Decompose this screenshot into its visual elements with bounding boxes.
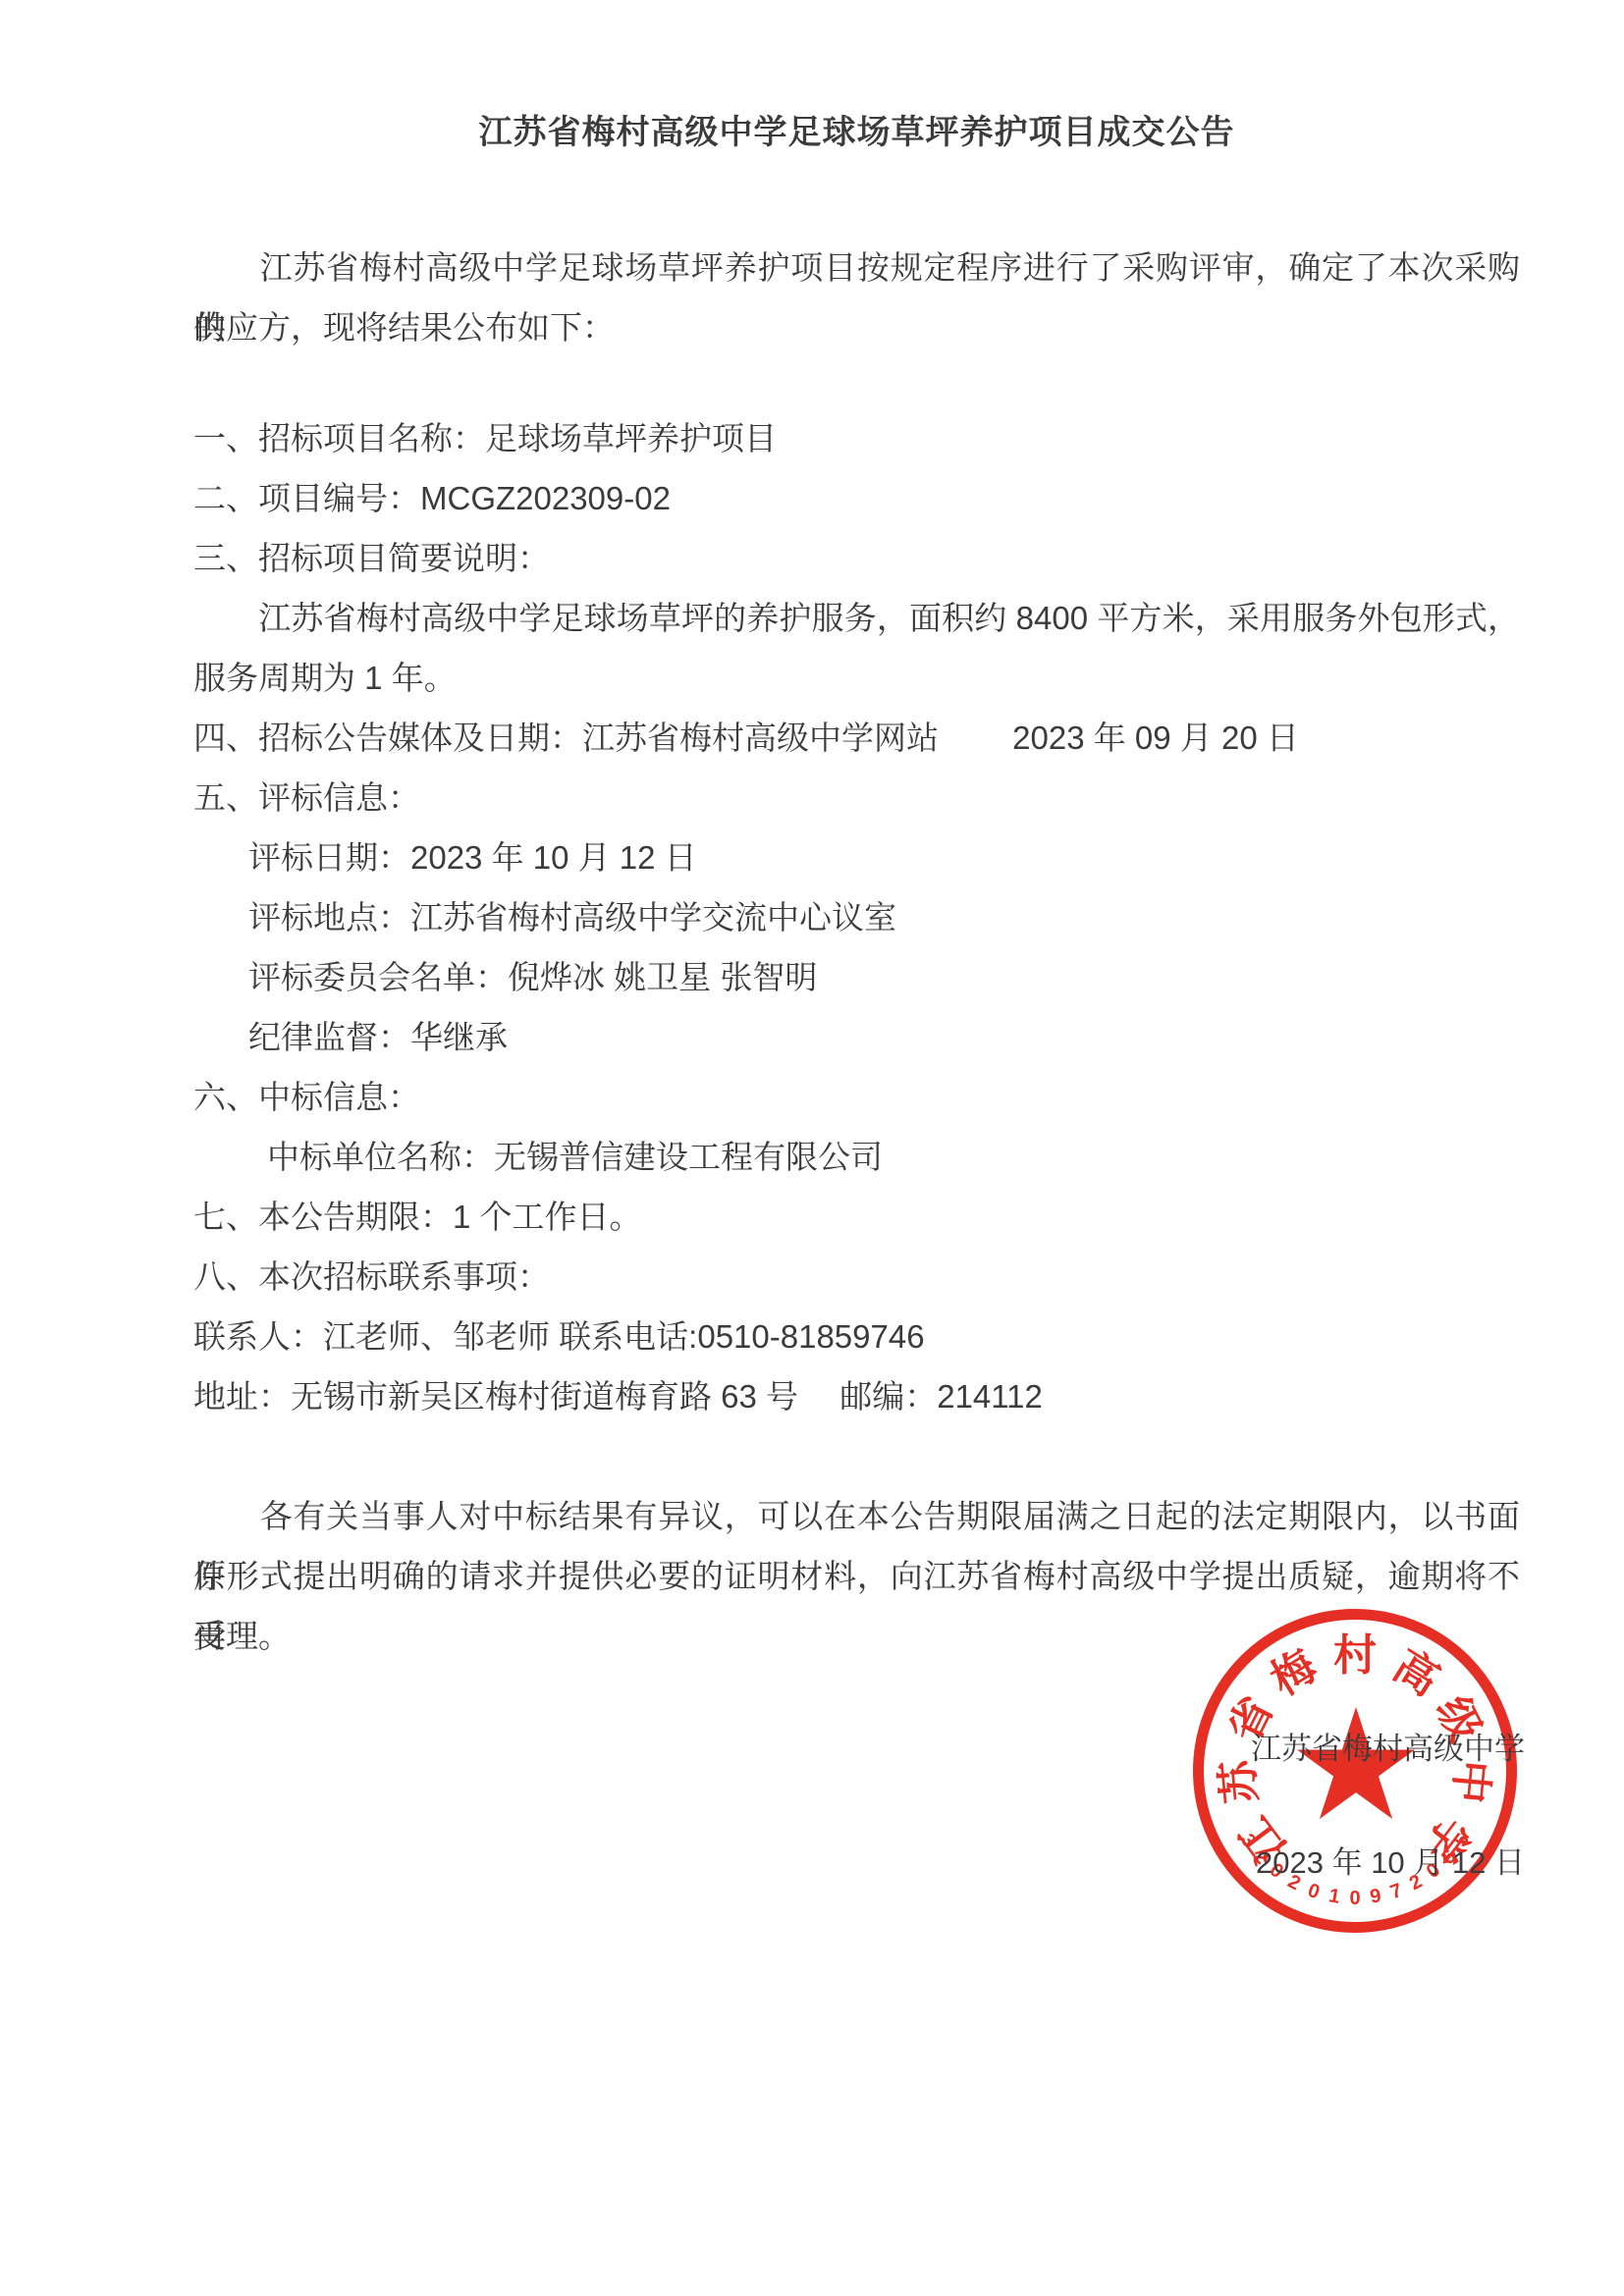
evaluation-committee: 评标委员会名单：倪烨冰 姚卫星 张智明 [193,947,1520,1007]
closing-line-1: 各有关当事人对中标结果有异议，可以在本公告期限届满之日起的法定期限内，以书面原 [193,1486,1520,1546]
closing-line-2: 件形式提出明确的请求并提供必要的证明材料，向江苏省梅村高级中学提出质疑，逾期将不… [193,1546,1520,1606]
item-7-notice-period: 七、本公告期限：1 个工作日。 [193,1187,1520,1247]
intro-line-1: 江苏省梅村高级中学足球场草坪养护项目按规定程序进行了采购评审，确定了本次采购的 [193,238,1520,297]
item-3-desc-line-1: 江苏省梅村高级中学足球场草坪的养护服务，面积约 8400 平方米，采用服务外包形… [193,588,1520,648]
contact-line: 联系人：江老师、邹老师 联系电话:0510-81859746 [193,1307,1520,1366]
item-3-desc-line-2: 服务周期为 1 年。 [193,648,1520,708]
item-8-contact-heading: 八、本次招标联系事项： [193,1247,1520,1307]
spacer [193,1426,1520,1486]
item-2-project-number: 二、项目编号：MCGZ202309-02 [193,468,1520,528]
address-line: 地址：无锡市新吴区梅村街道梅育路 63 号 邮编：214112 [193,1366,1520,1426]
winning-company: 中标单位名称：无锡普信建设工程有限公司 [193,1127,1520,1187]
item-4-media-date: 四、招标公告媒体及日期：江苏省梅村高级中学网站 2023 年 09 月 20 日 [193,708,1520,768]
closing-line-3: 受理。 [193,1606,1520,1666]
item-6-award-heading: 六、中标信息： [193,1067,1520,1127]
document-content: 江苏省梅村高级中学足球场草坪养护项目成交公告 江苏省梅村高级中学足球场草坪养护项… [193,0,1520,2296]
page-title: 江苏省梅村高级中学足球场草坪养护项目成交公告 [193,110,1520,155]
seal-code-char: 0 [1349,1889,1360,1908]
intro-line-2: 供应方，现将结果公布如下： [193,297,1520,357]
spacer [193,357,1520,408]
evaluation-date: 评标日期：2023 年 10 月 12 日 [193,828,1520,887]
item-1-project-name: 一、招标项目名称：足球场草坪养护项目 [193,408,1520,468]
signature-date: 2023 年 10 月 12 日 [193,1842,1525,1885]
document-page: 江苏省梅村高级中学足球场草坪养护项目成交公告 江苏省梅村高级中学足球场草坪养护项… [0,0,1624,2296]
item-3-brief-heading: 三、招标项目简要说明： [193,528,1520,588]
discipline-supervisor: 纪律监督：华继承 [193,1007,1520,1067]
evaluation-place: 评标地点：江苏省梅村高级中学交流中心议室 [193,887,1520,947]
item-5-evaluation-heading: 五、评标信息： [193,768,1520,828]
signature-organization: 江苏省梅村高级中学 [193,1728,1525,1771]
